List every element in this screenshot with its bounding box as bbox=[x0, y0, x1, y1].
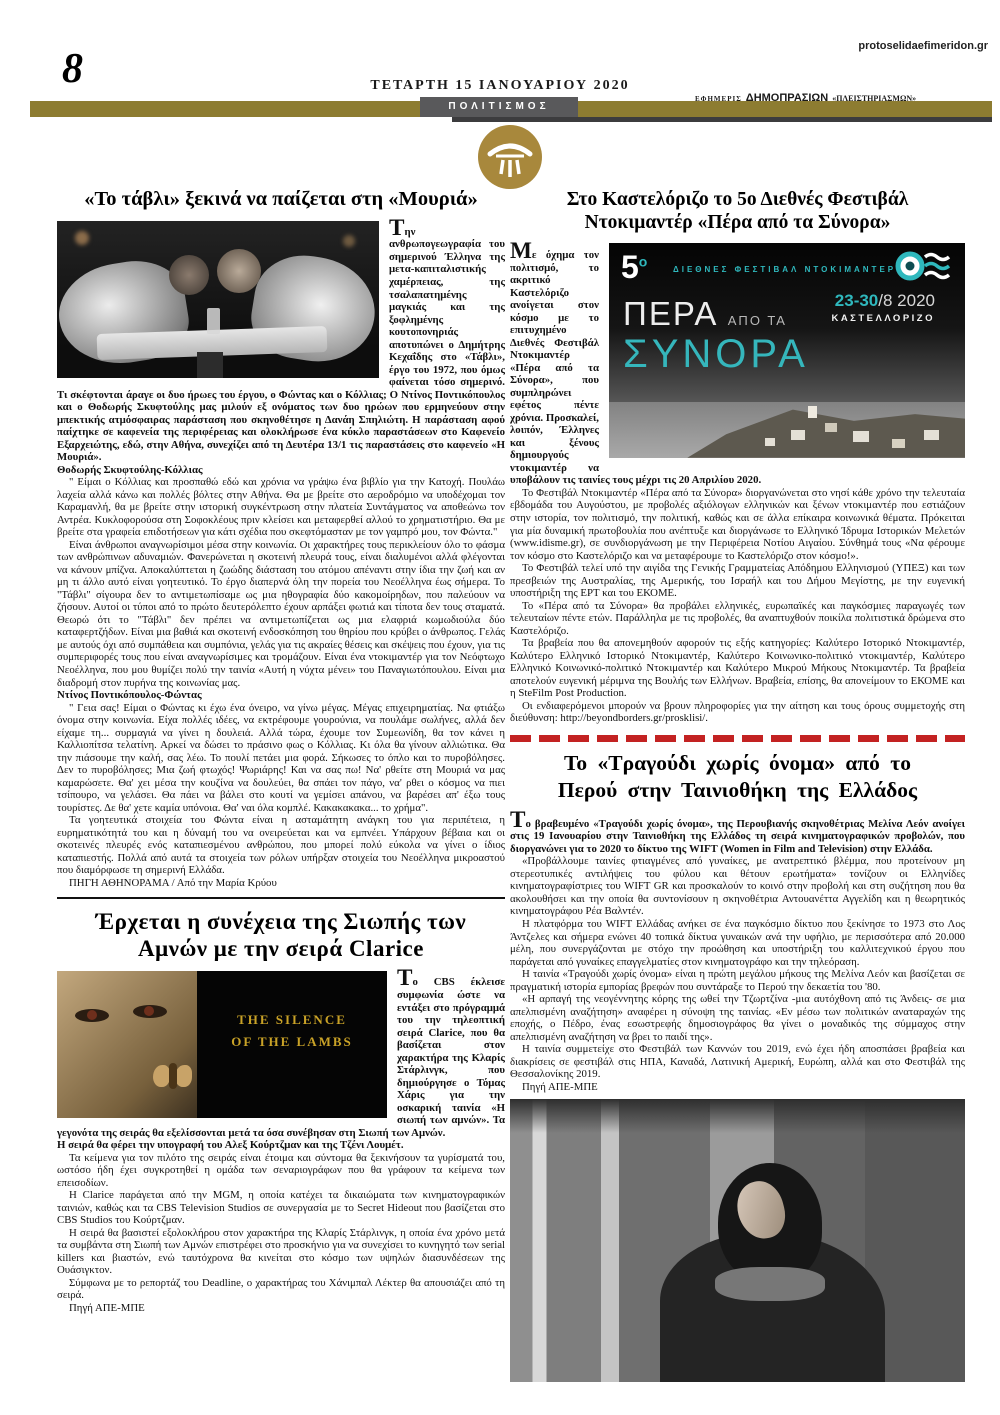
header-rule bbox=[452, 117, 992, 122]
woman-scarf bbox=[715, 1267, 825, 1301]
column-emblem-icon bbox=[477, 124, 543, 195]
poster-festival-title: ΔΙΕΘΝΕΣ ΦΕΣΤΙΒΑΛ ΝΤΟΚΙΜΑΝΤΕΡ bbox=[673, 265, 896, 274]
article-festival: Στο Καστελόριζο το 5ο Διεθνές Φεστιβάλ Ν… bbox=[510, 188, 965, 725]
left-column: «Το τάβλι» ξεκινά να παίζεται στη «Μουρι… bbox=[57, 188, 505, 1314]
tavli-subhead-2: Ντίνος Ποντικόπουλος-Φώντας bbox=[57, 689, 505, 702]
clarice-headline: Έρχεται η συνέχεια της Σιωπής των Αμνών … bbox=[57, 909, 505, 962]
eye bbox=[75, 1009, 109, 1022]
festival-logo-icon bbox=[895, 249, 957, 291]
photo-bokeh bbox=[75, 231, 89, 245]
film-title-line2: OF THE LAMBS bbox=[231, 1034, 353, 1049]
degree-mark: o bbox=[639, 253, 648, 269]
poster-dates: 23-30/8 2020 bbox=[835, 291, 935, 311]
song-paragraph: «Προβάλλουμε ταινίες φτιαγμένες από γυνα… bbox=[510, 855, 965, 918]
film-title: THE SILENCE OF THE LAMBS bbox=[207, 1009, 377, 1053]
song-headline: Το «Τραγούδι χωρίς όνομα» από το Περού σ… bbox=[510, 750, 965, 804]
red-dashed-divider bbox=[510, 735, 965, 742]
festival-poster: 5o ΔΙΕΘΝΕΣ ΦΕΣΤΙΒΑΛ ΝΤΟΚΙΜΑΝΤΕΡ 23-30/8 … bbox=[609, 243, 965, 458]
poster-dates-year: /8 2020 bbox=[878, 291, 935, 310]
tavli-headline: «Το τάβλι» ξεκινά να παίζεται στη «Μουρι… bbox=[57, 188, 505, 212]
section-label: ΠΟΛΙΤΙΣΜΟΣ bbox=[420, 97, 578, 117]
song-headline-line1: Το «Τραγούδι χωρίς όνομα» από το bbox=[564, 751, 911, 775]
moth-icon bbox=[153, 1063, 193, 1089]
glass bbox=[207, 308, 220, 334]
photo-bokeh bbox=[343, 235, 355, 247]
festival-paragraph: Το «Πέρα από τα Σύνορα» θα προβάλει ελλη… bbox=[510, 600, 965, 638]
newspaper-page: protoselidaefimeridon.gr 8 ΤΕΤΑΡΤΗ 15 ΙΑ… bbox=[0, 0, 1000, 1415]
festival-paragraph: Το Φεστιβάλ τελεί υπό την αιγίδα της Γεν… bbox=[510, 562, 965, 600]
article-song: Το «Τραγούδι χωρίς όνομα» από το Περού σ… bbox=[510, 750, 965, 1382]
festival-paragraph: Τα βραβεία που θα απονεμηθούν αφορούν τι… bbox=[510, 637, 965, 700]
tavli-paragraph: " Είμαι ο Κόλλιας και προσπαθώ εδώ και χ… bbox=[57, 476, 505, 539]
song-film-still bbox=[510, 1099, 965, 1382]
site-url: protoselidaefimeridon.gr bbox=[858, 40, 988, 52]
player-right-head bbox=[217, 249, 261, 293]
poster-edition: 5o bbox=[621, 251, 647, 283]
clarice-headline-line2: Αμνών με την σειρά Clarice bbox=[138, 936, 424, 961]
tavli-source: ΠΗΓΗ ΑΘΗΝΟΡΑΜΑ / Από την Μαρία Κρύου bbox=[57, 877, 505, 890]
festival-headline-line2: Ντοκιμαντέρ «Πέρα από τα Σύνορα» bbox=[585, 212, 891, 233]
still-ceiling bbox=[510, 1099, 965, 1133]
song-paragraph: Η ταινία συμμετείχε στο Φεστιβάλ των Καν… bbox=[510, 1043, 965, 1081]
right-column: Στο Καστελόριζο το 5ο Διεθνές Φεστιβάλ Ν… bbox=[510, 188, 965, 1382]
clarice-headline-line1: Έρχεται η συνέχεια της Σιωπής των bbox=[96, 909, 466, 934]
song-lede: Το βραβευμένο «Τραγούδι χωρίς όνομα», τη… bbox=[510, 810, 965, 856]
eye bbox=[133, 1005, 167, 1018]
poster-word-pera: ΠΕΡΑ ΑΠΟ ΤΑ bbox=[623, 295, 787, 333]
article-tavli: «Το τάβλι» ξεκινά να παίζεται στη «Μουρι… bbox=[57, 188, 505, 889]
clarice-paragraph: Τα κείμενα για τον πιλότο της σειράς είν… bbox=[57, 1152, 505, 1190]
clarice-paragraph: Η σειρά θα βασιστεί εξολοκλήρου στον χαρ… bbox=[57, 1227, 505, 1277]
article-clarice: Έρχεται η συνέχεια της Σιωπής των Αμνών … bbox=[57, 909, 505, 1314]
film-title-line1: THE SILENCE bbox=[237, 1012, 347, 1027]
festival-paragraph: Οι ενδιαφερόμενοι μπορούν να βρουν πληρο… bbox=[510, 700, 965, 725]
song-paragraph: Η ταινία «Τραγούδι χωρίς όνομα» είναι η … bbox=[510, 968, 965, 993]
kastellorizo-photo bbox=[609, 402, 965, 458]
clarice-source: Πηγή ΑΠΕ-ΜΠΕ bbox=[57, 1302, 505, 1315]
tavli-paragraph: " Γεια σας! Είμαι ο Φώντας κι έχω ένα όν… bbox=[57, 702, 505, 815]
poster-word-synora: ΣΥΝΟΡΑ bbox=[623, 331, 809, 377]
festival-headline-line1: Στο Καστελόριζο το 5ο Διεθνές Φεστιβάλ bbox=[567, 189, 909, 210]
article-divider bbox=[57, 897, 505, 899]
face-closeup bbox=[57, 971, 197, 1118]
festival-paragraph: Το Φεστιβάλ Ντοκιμαντέρ «Πέρα από τα Σύν… bbox=[510, 487, 965, 562]
song-paragraph: «Η αρπαγή της νεογέννητης κόρης της ωθεί… bbox=[510, 993, 965, 1043]
song-headline-line2: Περού στην Ταινιοθήκη της Ελλάδος bbox=[558, 778, 917, 802]
tavli-paragraph: Είναι άνθρωποι αναγνωρίσιμοι μέσα στην κ… bbox=[57, 539, 505, 689]
poster-dates-range: 23-30 bbox=[835, 291, 878, 310]
clarice-paragraph: Σύμφωνα με το ρεπορτάζ του Deadline, ο χ… bbox=[57, 1277, 505, 1302]
song-source: Πηγή ΑΠΕ-ΜΠΕ bbox=[510, 1081, 965, 1094]
clarice-caption: Η σειρά θα φέρει την υπογραφή του Αλεξ Κ… bbox=[57, 1139, 505, 1152]
poster-place: ΚΑΣΤΕΛΛΟΡΙΖΟ bbox=[831, 313, 935, 324]
song-paragraph: Η πλατφόρμα του WIFT Ελλάδας ανήκει σε έ… bbox=[510, 918, 965, 968]
tavli-subhead-1: Θοδωρής Σκυφτούλης-Κόλλιας bbox=[57, 464, 505, 477]
tavli-photo bbox=[57, 221, 379, 378]
silence-of-the-lambs-photo: THE SILENCE OF THE LAMBS bbox=[57, 971, 387, 1118]
poster-word-apota: ΑΠΟ ΤΑ bbox=[728, 313, 787, 328]
table-leg bbox=[197, 352, 223, 378]
festival-headline: Στο Καστελόριζο το 5ο Διεθνές Φεστιβάλ Ν… bbox=[510, 188, 965, 235]
clarice-paragraph: Η Clarice παράγεται από την MGM, η οποία… bbox=[57, 1189, 505, 1227]
player-left-head bbox=[169, 255, 209, 295]
tavli-paragraph: Τα γοητευτικά στοιχεία του Φώντα είναι η… bbox=[57, 814, 505, 877]
